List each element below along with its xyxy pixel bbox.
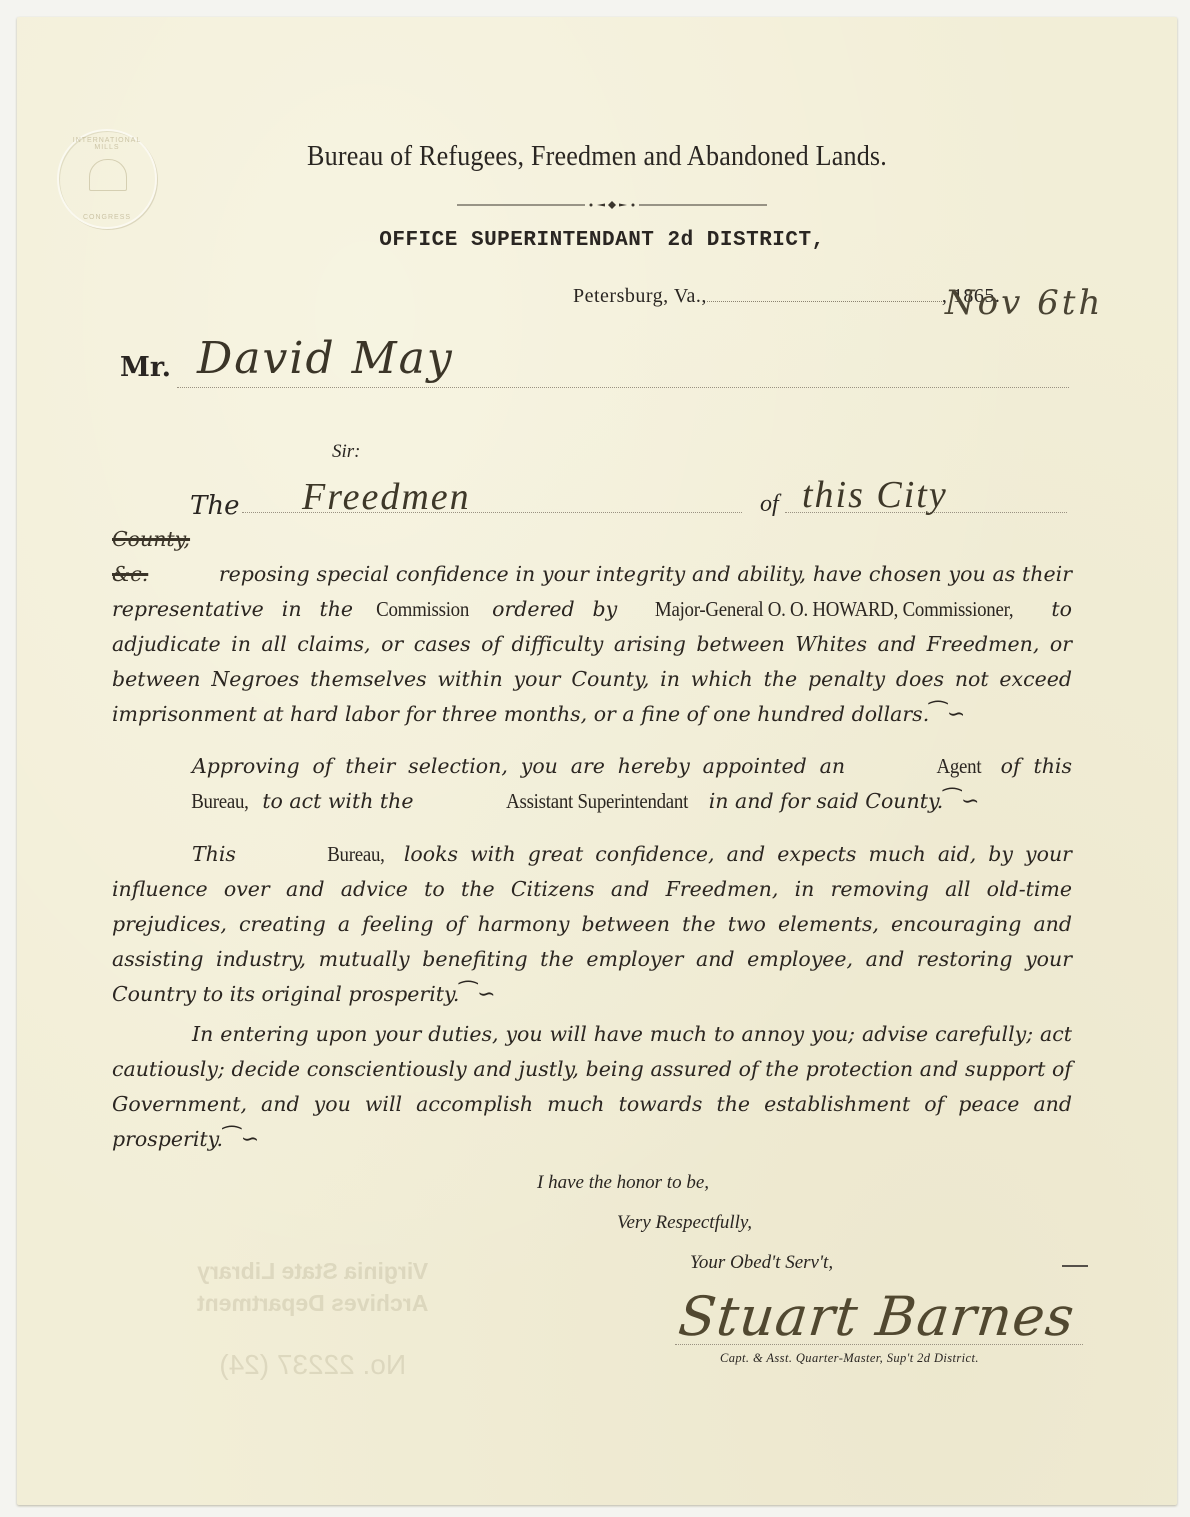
office-line: OFFICE SUPERINTENDANT 2d DISTRICT, [17, 229, 1187, 252]
document-page: INTERNATIONAL MILLS CONGRESS Bureau of R… [17, 17, 1177, 1505]
paragraph-2: Approving of their selection, you are he… [112, 749, 1072, 819]
seal-text-bottom: CONGRESS [59, 214, 155, 221]
of-label: of [760, 491, 779, 518]
bleed-line-2: Archives Department [197, 1287, 428, 1319]
flourish-icon: ⁀∽ [929, 702, 965, 727]
date-handwritten: Nov 6th [945, 283, 1103, 323]
date-fill-line: Nov 6th [707, 301, 942, 302]
bureau-title: Bureau of Refugees, Freedmen and Abandon… [75, 140, 1119, 173]
paragraph-1: County, &c. reposing special confidence … [112, 522, 1072, 732]
the-label: The [190, 491, 239, 521]
struck-county-wrap: County, &c. [112, 522, 212, 592]
group-handwritten: Freedmen [302, 475, 471, 519]
closing-line-3: Your Obed't Serv't, [690, 1252, 833, 1274]
bleed-line-3: No. 22237 (24) [197, 1349, 428, 1381]
signature-handwritten: Stuart Barnes [676, 1285, 1078, 1348]
salutation: Sir: [332, 441, 361, 463]
p1-part-2: ordered by [474, 597, 635, 621]
addressee-prefix: Mr. [120, 352, 171, 383]
p3-part-1: Bureau, [255, 837, 384, 872]
p1-part-3: Major-General O. O. HOWARD, Commissioner… [655, 592, 1013, 627]
p2-part-6: in and for said County. [702, 789, 943, 813]
p2-part-4: to act with the [256, 789, 420, 813]
addressee-name-handwritten: David May [197, 333, 454, 384]
signer-title: Capt. & Asst. Quarter-Master, Sup't 2d D… [720, 1351, 979, 1366]
p3-part-0: This [192, 842, 248, 866]
signature-fill-line [675, 1344, 1083, 1345]
closing-line-1: I have the honor to be, [537, 1172, 709, 1194]
p2-part-0: Approving of their selection, you are he… [192, 754, 858, 778]
paragraph-4: In entering upon your duties, you will h… [112, 1017, 1072, 1157]
bleed-through-stamp: Virginia State Library Archives Departme… [197, 1255, 428, 1381]
flourish-icon: ⁀∽ [943, 789, 979, 814]
struck-county-text: County, &c. [112, 527, 190, 586]
flourish-icon: ⁀∽ [459, 982, 495, 1007]
closing-line-2: Very Respectfully, [617, 1212, 752, 1234]
dash-mark [1062, 1265, 1088, 1267]
p2-part-1: Agent [864, 749, 981, 784]
p2-part-3: Bureau, [119, 784, 248, 819]
flourish-icon: ⁀∽ [223, 1127, 259, 1152]
bleed-line-1: Virginia State Library [197, 1255, 428, 1287]
place-label: Petersburg, Va., [573, 285, 707, 307]
p2-part-5: Assistant Superintendant [434, 784, 688, 819]
p1-part-1: Commission [376, 592, 469, 627]
paragraph-3: This Bureau, looks with great confidence… [112, 837, 1072, 1012]
p2-part-2: of this [988, 754, 1072, 778]
place-handwritten: this City [802, 473, 948, 517]
ornament-divider-icon [457, 200, 767, 210]
place-date-line: Petersburg, Va.,Nov 6th, 1865. [573, 285, 1000, 308]
